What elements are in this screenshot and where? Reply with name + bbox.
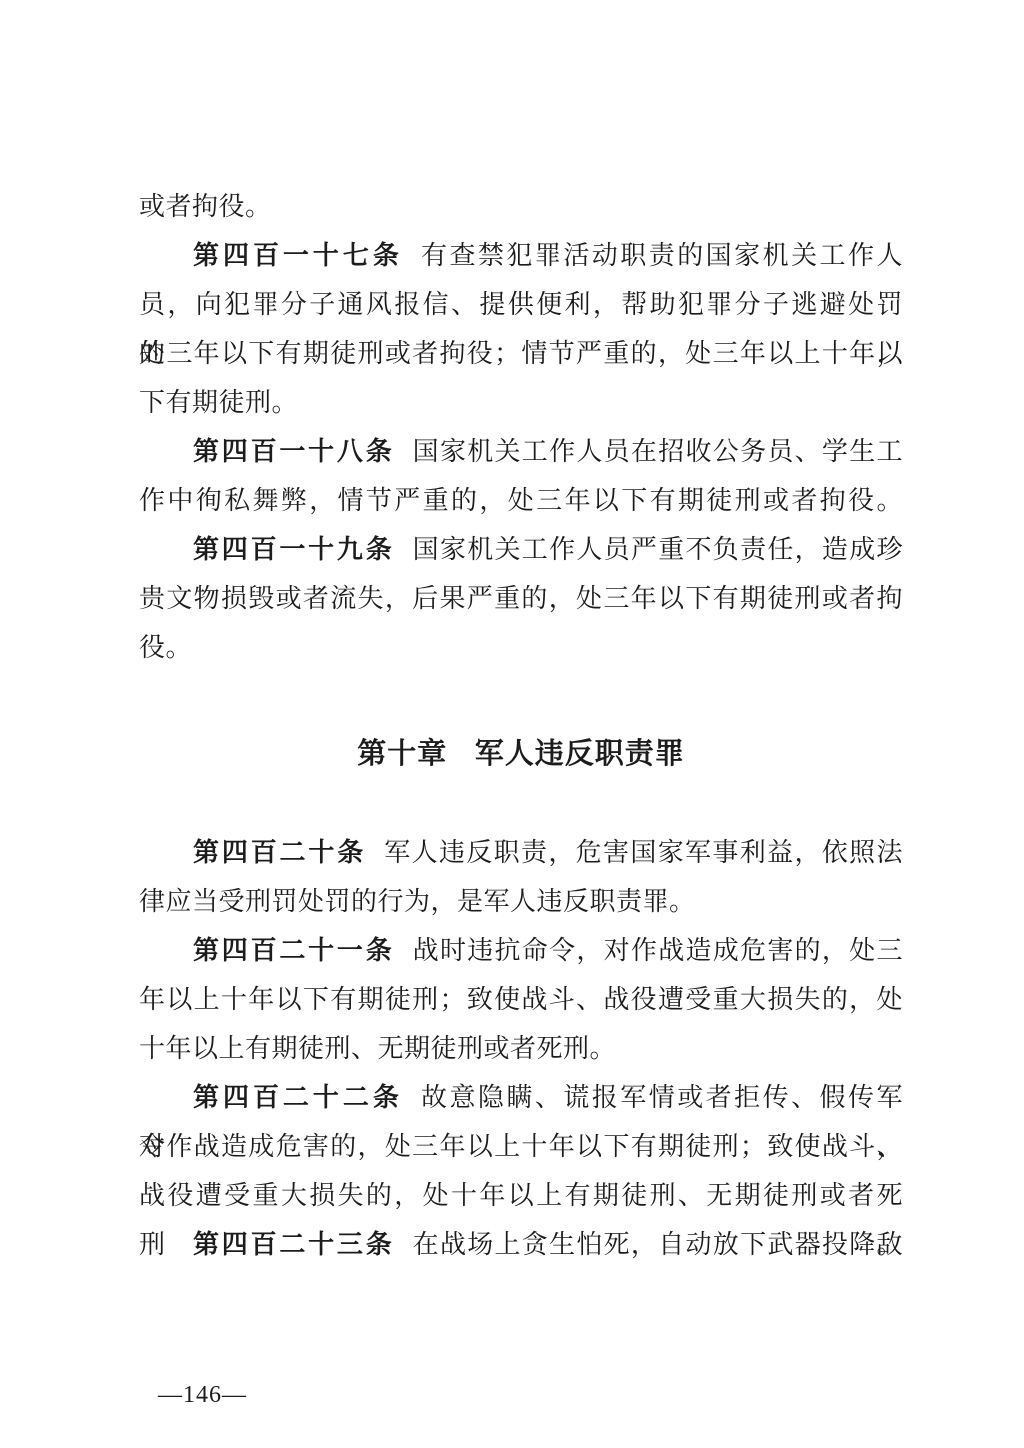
text-line: 第四百二十三条在战场上贪生怕死，自动放下武器投降敌 bbox=[139, 1220, 903, 1269]
article-text: 处三年以下有期徒刑或者拘役；情节严重的，处三年以上十年以 bbox=[139, 339, 903, 368]
text-line: 员，向犯罪分子通风报信、提供便利，帮助犯罪分子逃避处罚的， bbox=[139, 280, 903, 329]
article-text: 对作战造成危害的，处三年以上十年以下有期徒刑；致使战斗、 bbox=[139, 1132, 903, 1161]
text-line: 贵文物损毁或者流失，后果严重的，处三年以下有期徒刑或者拘 bbox=[139, 574, 903, 623]
chapter-heading: 第十章军人违反职责罪 bbox=[139, 730, 903, 779]
text-line: 役。 bbox=[139, 623, 903, 672]
article-number: 第四百二十二条 bbox=[193, 1082, 403, 1112]
document-page: 或者拘役。第四百一十七条有查禁犯罪活动职责的国家机关工作人员，向犯罪分子通风报信… bbox=[0, 0, 1024, 1448]
article-text: 作中徇私舞弊，情节严重的，处三年以下有期徒刑或者拘役。 bbox=[139, 486, 903, 515]
text-line: 第四百一十七条有查禁犯罪活动职责的国家机关工作人 bbox=[139, 231, 903, 280]
page-footer: —146— bbox=[158, 1380, 247, 1410]
article-number: 第四百二十一条 bbox=[193, 935, 394, 965]
article-text: 国家机关工作人员严重不负责任，造成珍 bbox=[413, 535, 903, 564]
text-line: 年以上十年以下有期徒刑；致使战斗、战役遭受重大损失的，处 bbox=[139, 975, 903, 1024]
text-line: 对作战造成危害的，处三年以上十年以下有期徒刑；致使战斗、 bbox=[139, 1122, 903, 1171]
chapter-title: 军人违反职责罪 bbox=[475, 738, 685, 770]
text-line: 下有期徒刑。 bbox=[139, 378, 903, 427]
text-line: 第四百二十条军人违反职责，危害国家军事利益，依照法 bbox=[139, 828, 903, 877]
chapter-number: 第十章 bbox=[357, 738, 447, 770]
article-number: 第四百二十条 bbox=[193, 837, 366, 867]
article-text: 十年以上有期徒刑、无期徒刑或者死刑。 bbox=[139, 1034, 616, 1063]
article-text: 有查禁犯罪活动职责的国家机关工作人 bbox=[421, 241, 903, 270]
article-text: 律应当受刑罚处罚的行为，是军人违反职责罪。 bbox=[139, 887, 696, 916]
article-text: 在战场上贪生怕死，自动放下武器投降敌 bbox=[413, 1230, 903, 1259]
article-number: 第四百二十三条 bbox=[193, 1229, 394, 1259]
text-line: 第四百二十二条故意隐瞒、谎报军情或者拒传、假传军令， bbox=[139, 1073, 903, 1122]
text-line: 处三年以下有期徒刑或者拘役；情节严重的，处三年以上十年以 bbox=[139, 329, 903, 378]
text-line: 作中徇私舞弊，情节严重的，处三年以下有期徒刑或者拘役。 bbox=[139, 476, 903, 525]
article-number: 第四百一十七条 bbox=[193, 240, 403, 270]
article-text: 战时违抗命令，对作战造成危害的，处三 bbox=[413, 936, 903, 965]
article-text: 年以上十年以下有期徒刑；致使战斗、战役遭受重大损失的，处 bbox=[139, 985, 903, 1014]
page-number: —146— bbox=[158, 1382, 247, 1408]
article-text: 役。 bbox=[139, 633, 192, 662]
text-line: 律应当受刑罚处罚的行为，是军人违反职责罪。 bbox=[139, 877, 903, 926]
text-line: 第四百二十一条战时违抗命令，对作战造成危害的，处三 bbox=[139, 926, 903, 975]
article-number: 第四百一十八条 bbox=[193, 436, 394, 466]
article-text: 下有期徒刑。 bbox=[139, 388, 298, 417]
article-text: 贵文物损毁或者流失，后果严重的，处三年以下有期徒刑或者拘 bbox=[139, 584, 903, 613]
text-line: 十年以上有期徒刑、无期徒刑或者死刑。 bbox=[139, 1024, 903, 1073]
article-text: 国家机关工作人员在招收公务员、学生工 bbox=[413, 437, 903, 466]
article-text: 军人违反职责，危害国家军事利益，依照法 bbox=[384, 838, 903, 867]
document-body: 或者拘役。第四百一十七条有查禁犯罪活动职责的国家机关工作人员，向犯罪分子通风报信… bbox=[139, 182, 903, 1269]
text-line: 第四百一十八条国家机关工作人员在招收公务员、学生工 bbox=[139, 427, 903, 476]
text-line: 第四百一十九条国家机关工作人员严重不负责任，造成珍 bbox=[139, 525, 903, 574]
article-text: 或者拘役。 bbox=[139, 192, 272, 221]
text-line: 或者拘役。 bbox=[139, 182, 903, 231]
article-number: 第四百一十九条 bbox=[193, 534, 394, 564]
text-line: 战役遭受重大损失的，处十年以上有期徒刑、无期徒刑或者死刑。 bbox=[139, 1171, 903, 1220]
